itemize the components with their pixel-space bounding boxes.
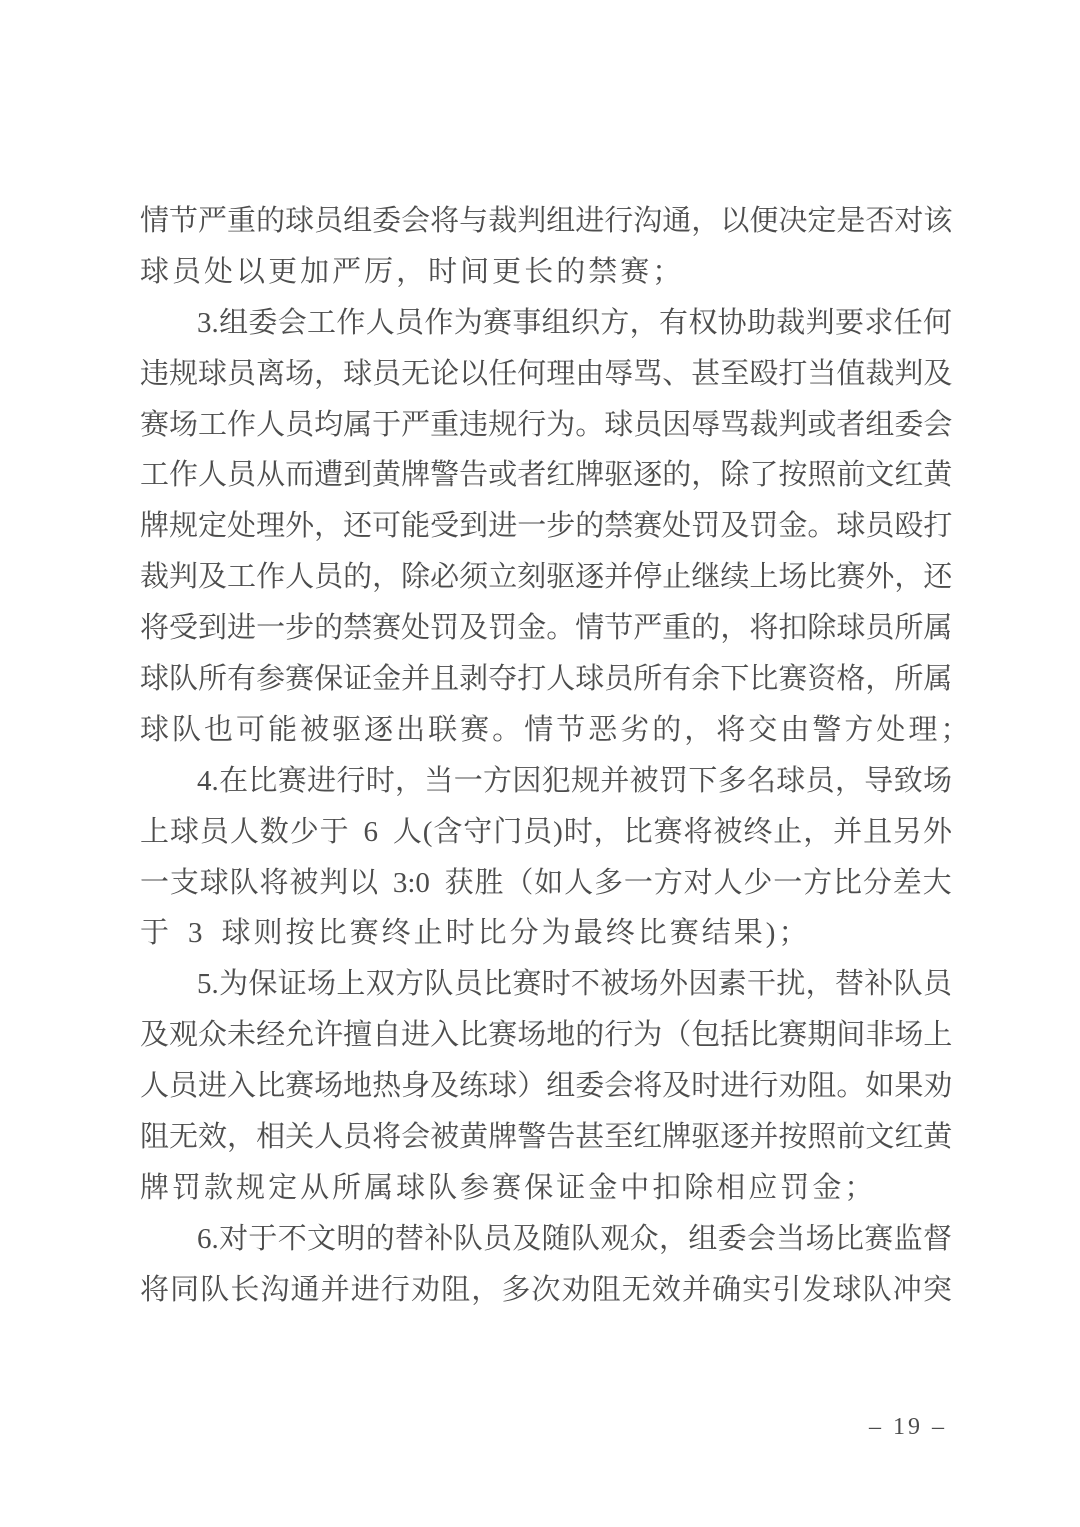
glyph: 除 bbox=[401, 563, 430, 592]
glyph: 终 bbox=[382, 919, 411, 948]
glyph: （ bbox=[504, 869, 533, 898]
glyph: 属 bbox=[343, 411, 372, 440]
glyph: 参 bbox=[256, 665, 285, 694]
glyph: 止 bbox=[414, 919, 443, 948]
glyph: 所 bbox=[198, 665, 227, 694]
glyph: 能 bbox=[401, 512, 430, 541]
glyph: 值 bbox=[836, 360, 865, 389]
glyph: 证 bbox=[343, 665, 372, 694]
glyph: 加 bbox=[300, 258, 329, 287]
glyph: 金 bbox=[517, 614, 546, 643]
glyph: 支 bbox=[170, 869, 199, 898]
glyph: 于 bbox=[248, 1225, 277, 1254]
glyph: 驱 bbox=[332, 716, 361, 745]
glyph: 守 bbox=[463, 818, 492, 847]
glyph: 劝 bbox=[562, 1276, 591, 1305]
glyph: 监 bbox=[894, 1225, 923, 1254]
glyph: 的 bbox=[314, 614, 343, 643]
glyph: ， bbox=[691, 207, 720, 236]
glyph: 比 bbox=[256, 1072, 285, 1101]
glyph: 补 bbox=[424, 1225, 453, 1254]
glyph: 包 bbox=[691, 1021, 720, 1050]
glyph: 定 bbox=[807, 207, 836, 236]
glyph: 。 bbox=[575, 411, 604, 440]
glyph: 身 bbox=[401, 1072, 430, 1101]
glyph: ， bbox=[659, 1225, 688, 1254]
glyph: 时 bbox=[564, 818, 593, 847]
glyph: 人 bbox=[230, 818, 259, 847]
glyph: 劝 bbox=[923, 1072, 952, 1101]
glyph: 黄 bbox=[459, 1123, 488, 1152]
glyph: 括 bbox=[720, 1021, 749, 1050]
glyph: 驱 bbox=[691, 1123, 720, 1152]
glyph: 受 bbox=[430, 512, 459, 541]
glyph: 赛 bbox=[778, 665, 807, 694]
glyph: 且 bbox=[863, 818, 892, 847]
glyph: 间 bbox=[836, 1021, 865, 1050]
glyph: 阻 bbox=[807, 1072, 836, 1101]
glyph: 被 bbox=[289, 869, 318, 898]
glyph: 替 bbox=[395, 1225, 424, 1254]
glyph: 按 bbox=[778, 461, 807, 490]
glyph: 比 bbox=[835, 1225, 864, 1254]
glyph: 论 bbox=[430, 360, 459, 389]
glyph: 导 bbox=[864, 767, 893, 796]
glyph: 重 bbox=[662, 614, 691, 643]
glyph: 款 bbox=[204, 1174, 233, 1203]
glyph: 及 bbox=[720, 512, 749, 541]
glyph: 驱 bbox=[546, 563, 575, 592]
glyph: 热 bbox=[372, 1072, 401, 1101]
glyph: 则 bbox=[254, 919, 283, 948]
glyph: 何 bbox=[517, 360, 546, 389]
glyph: 入 bbox=[430, 1021, 459, 1050]
glyph: 场 bbox=[169, 411, 198, 440]
text-line: 工作人员从而遭到黄牌警告或者红牌驱逐的，除了按照前文红黄 bbox=[140, 450, 952, 501]
glyph: 赛 bbox=[620, 258, 649, 287]
glyph: 的 bbox=[556, 258, 585, 287]
glyph: 被 bbox=[600, 970, 629, 999]
glyph: 出 bbox=[396, 716, 425, 745]
glyph: 骂 bbox=[720, 411, 749, 440]
glyph: 间 bbox=[460, 258, 489, 287]
page-number: – 19 – bbox=[869, 1414, 947, 1441]
glyph: 更 bbox=[268, 258, 297, 287]
glyph: 如 bbox=[534, 869, 563, 898]
text-line: 6.对于不文明的替补队员及随队观众，组委会当场比赛监督 bbox=[140, 1214, 952, 1265]
glyph: 员 bbox=[865, 614, 894, 643]
glyph: 不 bbox=[278, 1225, 307, 1254]
glyph: 的 bbox=[691, 614, 720, 643]
glyph: 打 bbox=[517, 665, 546, 694]
glyph: 。 bbox=[807, 512, 836, 541]
glyph: 通 bbox=[291, 1276, 320, 1305]
glyph: ( bbox=[423, 818, 433, 847]
glyph: 胜 bbox=[475, 869, 504, 898]
glyph: 督 bbox=[923, 1225, 952, 1254]
glyph: 作 bbox=[336, 309, 365, 338]
glyph: 而 bbox=[285, 461, 314, 490]
glyph: 将 bbox=[372, 1123, 401, 1152]
glyph: 红 bbox=[546, 461, 575, 490]
glyph: 员 bbox=[454, 970, 483, 999]
glyph: 员 bbox=[523, 818, 552, 847]
glyph: 决 bbox=[778, 207, 807, 236]
glyph: 球 bbox=[198, 360, 227, 389]
glyph: 6 bbox=[363, 818, 378, 847]
glyph: 否 bbox=[865, 207, 894, 236]
glyph: 队 bbox=[428, 1174, 457, 1203]
glyph: 最 bbox=[574, 919, 603, 948]
glyph: 文 bbox=[865, 461, 894, 490]
glyph: 或 bbox=[807, 411, 836, 440]
glyph: 获 bbox=[445, 869, 474, 898]
glyph: 一 bbox=[517, 512, 546, 541]
glyph: ； bbox=[778, 919, 807, 948]
glyph: 属 bbox=[923, 665, 952, 694]
glyph: 员 bbox=[806, 767, 835, 796]
glyph: 更 bbox=[492, 258, 521, 287]
glyph: 赛 bbox=[778, 1021, 807, 1050]
glyph: 劣 bbox=[620, 716, 649, 745]
glyph: 一 bbox=[624, 869, 653, 898]
glyph: ， bbox=[372, 563, 401, 592]
glyph: 进 bbox=[307, 767, 336, 796]
glyph: 及 bbox=[140, 1021, 169, 1050]
glyph: 的 bbox=[662, 461, 691, 490]
glyph: 被 bbox=[630, 767, 659, 796]
glyph: 阻 bbox=[140, 1123, 169, 1152]
glyph: 理 bbox=[546, 360, 575, 389]
glyph: 并 bbox=[604, 563, 633, 592]
glyph: 员 bbox=[372, 360, 401, 389]
glyph: 5. bbox=[197, 970, 219, 999]
glyph: 严 bbox=[401, 411, 430, 440]
glyph: 夺 bbox=[488, 665, 517, 694]
glyph: 规 bbox=[236, 1174, 265, 1203]
glyph: 到 bbox=[459, 512, 488, 541]
glyph: 赛 bbox=[278, 767, 307, 796]
glyph: 另 bbox=[893, 818, 922, 847]
glyph: 扣 bbox=[778, 614, 807, 643]
glyph: 以 bbox=[720, 207, 749, 236]
glyph: 便 bbox=[749, 207, 778, 236]
glyph: 员 bbox=[633, 411, 662, 440]
glyph: 金 bbox=[588, 1174, 617, 1203]
glyph: 保 bbox=[524, 1174, 553, 1203]
glyph: 求 bbox=[864, 309, 893, 338]
glyph: 于 bbox=[320, 818, 349, 847]
glyph: 当 bbox=[776, 1225, 805, 1254]
glyph: 果 bbox=[734, 919, 763, 948]
glyph: 相 bbox=[716, 1174, 745, 1203]
text-line: 情节严重的球员组委会将与裁判组进行沟通，以便决定是否对该 bbox=[140, 196, 952, 247]
text-line: 裁判及工作人员的，除必须立刻驱逐并停止继续上场比赛外，还 bbox=[140, 552, 952, 603]
glyph: 红 bbox=[894, 1123, 923, 1152]
glyph: 资 bbox=[807, 665, 836, 694]
glyph: 4. bbox=[197, 767, 219, 796]
glyph: 至 bbox=[604, 1123, 633, 1152]
glyph: 罚 bbox=[691, 512, 720, 541]
glyph: 会 bbox=[923, 411, 952, 440]
glyph: 对 bbox=[219, 1225, 248, 1254]
glyph: 及 bbox=[662, 1072, 691, 1101]
glyph: 均 bbox=[314, 411, 343, 440]
glyph: 结 bbox=[702, 919, 731, 948]
glyph: 除 bbox=[807, 614, 836, 643]
glyph: 应 bbox=[748, 1174, 777, 1203]
glyph: 行 bbox=[517, 411, 546, 440]
glyph: 地 bbox=[546, 1021, 575, 1050]
glyph: 。 bbox=[492, 716, 521, 745]
glyph: 节 bbox=[556, 716, 585, 745]
glyph: 长 bbox=[524, 258, 553, 287]
glyph: 如 bbox=[865, 1072, 894, 1101]
glyph: 行 bbox=[381, 1276, 410, 1305]
glyph: 以 bbox=[459, 360, 488, 389]
glyph: 红 bbox=[894, 461, 923, 490]
glyph: 为 bbox=[633, 1021, 662, 1050]
glyph: 观 bbox=[169, 1021, 198, 1050]
glyph: 员 bbox=[865, 512, 894, 541]
glyph: 裁 bbox=[865, 360, 894, 389]
glyph: 至 bbox=[720, 360, 749, 389]
glyph: 及 bbox=[923, 360, 952, 389]
glyph: 判 bbox=[517, 207, 546, 236]
glyph: 于 bbox=[140, 919, 169, 948]
glyph: 赛 bbox=[483, 309, 512, 338]
glyph: 自 bbox=[372, 1021, 401, 1050]
glyph: 的 bbox=[366, 1225, 395, 1254]
glyph: 节 bbox=[604, 614, 633, 643]
glyph: 扰 bbox=[776, 970, 805, 999]
glyph: 被 bbox=[713, 818, 742, 847]
glyph: 含 bbox=[433, 818, 462, 847]
glyph: 了 bbox=[749, 461, 778, 490]
glyph: 随 bbox=[542, 1225, 571, 1254]
glyph: 裁 bbox=[749, 411, 778, 440]
text-line: 及观众未经允许擅自进入比赛场地的行为（包括比赛期间非场上 bbox=[140, 1010, 952, 1061]
glyph: 观 bbox=[600, 1225, 629, 1254]
glyph: 前 bbox=[836, 1123, 865, 1152]
glyph: 除 bbox=[684, 1174, 713, 1203]
glyph: 名 bbox=[747, 767, 776, 796]
glyph: 员 bbox=[343, 1123, 372, 1152]
glyph: 劝 bbox=[411, 1276, 440, 1305]
glyph: 金 bbox=[812, 1174, 841, 1203]
glyph: 并 bbox=[321, 1276, 350, 1305]
text-line: 球队也可能被驱逐出联赛。情节恶劣的，将交由警方处理； bbox=[140, 705, 952, 756]
glyph: 人 bbox=[714, 869, 743, 898]
glyph: 违 bbox=[140, 360, 169, 389]
glyph: 干 bbox=[747, 970, 776, 999]
glyph: 人 bbox=[256, 411, 285, 440]
glyph: 阻 bbox=[441, 1276, 470, 1305]
glyph: 因 bbox=[662, 411, 691, 440]
glyph: 上 bbox=[749, 563, 778, 592]
glyph: 时 bbox=[542, 970, 571, 999]
glyph: 人 bbox=[366, 309, 395, 338]
glyph: 并 bbox=[749, 1123, 778, 1152]
glyph: 者 bbox=[836, 411, 865, 440]
glyph: 殴 bbox=[749, 360, 778, 389]
glyph: 证 bbox=[556, 1174, 585, 1203]
glyph: 因 bbox=[512, 767, 541, 796]
glyph: 球 bbox=[488, 1072, 517, 1101]
glyph: 员 bbox=[483, 1225, 512, 1254]
glyph: 比 bbox=[459, 1021, 488, 1050]
glyph: 还 bbox=[343, 512, 372, 541]
glyph: 骂 bbox=[633, 360, 662, 389]
glyph: 进 bbox=[198, 1072, 227, 1101]
glyph: 中 bbox=[620, 1174, 649, 1203]
glyph: 进 bbox=[488, 512, 517, 541]
glyph: 警 bbox=[517, 1123, 546, 1152]
glyph: 、 bbox=[662, 360, 691, 389]
glyph: 继 bbox=[691, 563, 720, 592]
glyph: 赛 bbox=[633, 512, 662, 541]
glyph: 照 bbox=[807, 461, 836, 490]
glyph: 明 bbox=[336, 1225, 365, 1254]
glyph: 所 bbox=[894, 665, 923, 694]
glyph: ， bbox=[227, 1123, 256, 1152]
text-line: 将同队长沟通并进行劝阻，多次劝阻无效并确实引发球队冲突 bbox=[140, 1265, 952, 1316]
glyph: ， bbox=[803, 818, 832, 847]
glyph: 权 bbox=[688, 309, 717, 338]
glyph: 并 bbox=[401, 665, 430, 694]
glyph: 离 bbox=[256, 360, 285, 389]
glyph: 罚 bbox=[172, 1174, 201, 1203]
glyph: 一 bbox=[256, 614, 285, 643]
glyph: 终 bbox=[606, 919, 635, 948]
glyph: 发 bbox=[802, 1276, 831, 1305]
glyph: 阻 bbox=[592, 1276, 621, 1305]
glyph: 者 bbox=[517, 461, 546, 490]
glyph: 比 bbox=[248, 767, 277, 796]
glyph: 外 bbox=[285, 512, 314, 541]
glyph: 赛 bbox=[285, 665, 314, 694]
glyph: 黄 bbox=[372, 461, 401, 490]
glyph: 突 bbox=[923, 1276, 952, 1305]
text-line: 球员处以更加严厉，时间更长的禁赛； bbox=[140, 247, 952, 298]
glyph: 球 bbox=[343, 360, 372, 389]
glyph: 会 bbox=[401, 207, 430, 236]
glyph: 未 bbox=[227, 1021, 256, 1050]
glyph: 警 bbox=[430, 461, 459, 490]
glyph: 是 bbox=[836, 207, 865, 236]
glyph: 人 bbox=[140, 1072, 169, 1101]
glyph: 少 bbox=[290, 818, 319, 847]
text-line: 4.在比赛进行时，当一方因犯规并被罚下多名球员，导致场 bbox=[140, 756, 952, 807]
glyph: 罚 bbox=[659, 767, 688, 796]
glyph: 委 bbox=[248, 309, 277, 338]
text-line: 球队所有参赛保证金并且剥夺打人球员所有余下比赛资格，所属 bbox=[140, 654, 952, 705]
glyph: 人 bbox=[393, 818, 422, 847]
glyph: 期 bbox=[807, 1021, 836, 1050]
glyph: 或 bbox=[488, 461, 517, 490]
glyph: ， bbox=[396, 258, 425, 287]
glyph: 人 bbox=[546, 665, 575, 694]
glyph: ； bbox=[652, 258, 681, 287]
glyph: 按 bbox=[778, 1123, 807, 1152]
glyph: 人 bbox=[285, 563, 314, 592]
glyph: ) bbox=[766, 919, 776, 948]
glyph: 禁 bbox=[588, 258, 617, 287]
glyph: 红 bbox=[633, 1123, 662, 1152]
glyph: 并 bbox=[833, 818, 862, 847]
glyph: 被 bbox=[300, 716, 329, 745]
glyph: 球 bbox=[833, 1276, 862, 1305]
glyph: 该 bbox=[923, 207, 952, 236]
glyph: 球 bbox=[140, 665, 169, 694]
glyph: 场 bbox=[894, 1021, 923, 1050]
glyph: 比 bbox=[478, 919, 507, 948]
glyph: 将 bbox=[140, 1276, 169, 1305]
glyph: 何 bbox=[923, 309, 952, 338]
glyph: 时 bbox=[428, 258, 457, 287]
glyph: 员 bbox=[395, 309, 424, 338]
glyph: 逐 bbox=[720, 1123, 749, 1152]
glyph: 可 bbox=[236, 716, 265, 745]
glyph: 确 bbox=[712, 1276, 741, 1305]
glyph: 要 bbox=[835, 309, 864, 338]
text-line: 阻无效，相关人员将会被黄牌警告甚至红牌驱逐并按照前文红黄 bbox=[140, 1112, 952, 1163]
glyph: 赛 bbox=[864, 1225, 893, 1254]
glyph: 判 bbox=[806, 309, 835, 338]
glyph: 队 bbox=[454, 1225, 483, 1254]
glyph: 保 bbox=[248, 970, 277, 999]
glyph: 无 bbox=[401, 360, 430, 389]
glyph: 。 bbox=[546, 614, 575, 643]
glyph: 可 bbox=[372, 512, 401, 541]
glyph: 以 bbox=[349, 869, 378, 898]
glyph: 扣 bbox=[652, 1174, 681, 1203]
glyph: 方 bbox=[803, 869, 832, 898]
glyph: 劝 bbox=[778, 1072, 807, 1101]
glyph: ； bbox=[844, 1174, 873, 1203]
glyph: 将 bbox=[683, 818, 712, 847]
glyph: 人 bbox=[198, 461, 227, 490]
glyph: 牌 bbox=[140, 1174, 169, 1203]
glyph: 3:0 bbox=[393, 869, 430, 898]
glyph: 也 bbox=[204, 716, 233, 745]
glyph: 由 bbox=[780, 716, 809, 745]
glyph: 事 bbox=[512, 309, 541, 338]
glyph: 当 bbox=[424, 767, 453, 796]
glyph: 的 bbox=[652, 716, 681, 745]
glyph: 赛 bbox=[512, 970, 541, 999]
glyph: 行 bbox=[336, 767, 365, 796]
glyph: 严 bbox=[332, 258, 361, 287]
glyph: 冲 bbox=[893, 1276, 922, 1305]
document-body: 情节严重的球员组委会将与裁判组进行沟通，以便决定是否对该球员处以更加严厉，时间更… bbox=[140, 196, 952, 1316]
glyph: 逐 bbox=[575, 563, 604, 592]
glyph: 比 bbox=[624, 818, 653, 847]
glyph: 下 bbox=[720, 665, 749, 694]
glyph: 队 bbox=[230, 869, 259, 898]
glyph: 相 bbox=[256, 1123, 285, 1152]
glyph: ， bbox=[594, 818, 623, 847]
glyph: 场 bbox=[314, 1072, 343, 1101]
glyph: 的 bbox=[343, 563, 372, 592]
glyph: 行 bbox=[749, 1072, 778, 1101]
glyph: 被 bbox=[430, 1123, 459, 1152]
glyph: 有 bbox=[227, 665, 256, 694]
glyph: 比 bbox=[638, 919, 667, 948]
glyph: 球 bbox=[836, 512, 865, 541]
glyph: 进 bbox=[351, 1276, 380, 1305]
glyph: 比 bbox=[833, 869, 862, 898]
